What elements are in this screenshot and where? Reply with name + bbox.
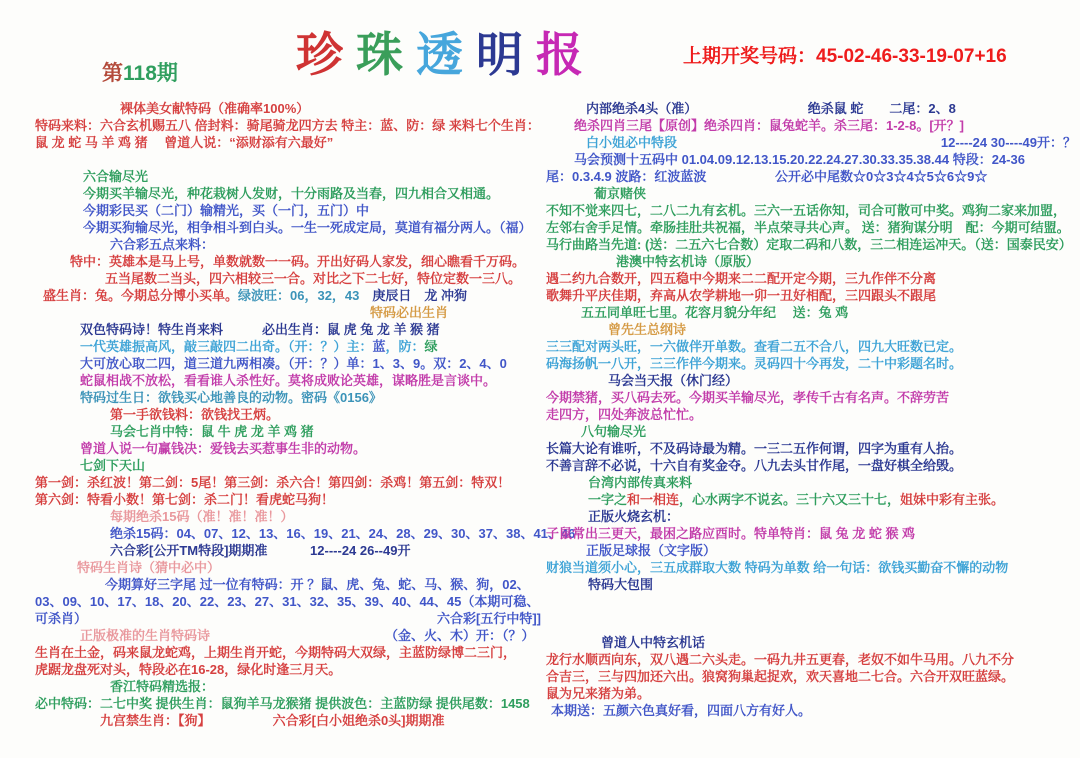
text-line: 虎踞龙盘死对头，特段必在16-28，绿化时逢三月天。: [35, 661, 541, 678]
text-segment: 鼠为兄来猪为弟。: [546, 686, 650, 701]
right-aligned-text: （金、火、木）开：（？）: [385, 627, 541, 644]
report-title: 珍珠透明报: [296, 18, 596, 85]
text-line: 鼠 龙 蛇 马 羊 鸡 猪 曾道人说：“添财添有六最好”: [35, 134, 541, 151]
text-line: 绝杀四肖三尾【原创】绝杀四肖：鼠兔蛇羊。杀三尾：1-2-8。[开？]: [546, 117, 1076, 134]
text-line: 白小姐必中特段12----24 30----49开：？: [546, 134, 1076, 151]
text-segment: 财狼当道须小心，三五成群取大数 特码为单数 给一句话：欲钱买勤奋不懈的动物: [546, 560, 1008, 575]
text-line: 尾：0.3.4.9 波路：红波蓝波 公开必中尾数☆0☆3☆4☆5☆6☆9☆: [546, 168, 1076, 185]
text-segment: 六合彩[公开TM特段]期期准 12----24 26--49开: [110, 543, 410, 558]
text-line: 绝杀15码：04、07、12、13、16、19、21、24、28、29、30、3…: [35, 525, 541, 542]
text-segment: 特码生肖诗（猜中必中）: [77, 560, 220, 575]
title-character: 报: [536, 28, 596, 83]
text-line: 七剑下天山: [35, 457, 541, 474]
text-segment: 今期买羊输尽光，种花栽树人发财，十分雨路及当春，四九相合又相通。: [83, 186, 499, 201]
text-segment: 歌舞升平庆佳期，弃高从农学耕地一卯一丑好相配，三四跟头不跟尾: [546, 288, 936, 303]
text-segment: 港澳中特玄机诗（原版）: [616, 254, 759, 269]
text-segment: 长篇大论有谁听，不及码诗最为精。一三二五作何谓，四字为重有人抬。: [546, 441, 962, 456]
text-segment: 五当尾数二当头，四六相较三一合。对比之下二七好，特位定数一三八。: [105, 271, 521, 286]
text-line: 六合彩[公开TM特段]期期准 12----24 26--49开: [35, 542, 541, 559]
text-segment: 今期禁猪，买八码去死。今期买羊输尽光，孝传千古有名声。不辞劳苦: [546, 390, 949, 405]
text-line: 歌舞升平庆佳期，弃高从农学耕地一卯一丑好相配，三四跟头不跟尾: [546, 287, 1076, 304]
text-line: 遇二约九合数开，四五稳中今期来二二配开定今期，三九作伴不分离: [546, 270, 1076, 287]
text-line: 马行曲路当先道: (送：二五六七合数）定取二码和八数，三二相连运冲天。（送：国泰…: [546, 236, 1076, 253]
title-character: 透: [416, 28, 476, 83]
text-line: 曾道人说一句赢钱决：爱钱去买惹事生非的动物。: [35, 440, 541, 457]
text-segment: 一代英雄振高风，敲三敲四二出奇。（开：？）主：: [80, 339, 373, 354]
text-segment: 正版足球报（文字版）: [586, 543, 716, 558]
text-segment: 可杀肖）: [35, 611, 87, 626]
text-line: 曾先生总纲诗: [546, 321, 1076, 338]
text-segment: 特码过生日：欲钱买心地善良的动物。密码《0156》: [80, 390, 382, 405]
text-segment: ，心水两字不说玄。三十六又三十七，: [679, 492, 900, 507]
text-line: 特中：英雄本是马上号，单数就数一一码。开出好码人家发，细心瞧看千万码。: [35, 253, 541, 270]
text-line: 今期买羊输尽光，种花栽树人发财，十分雨路及当春，四九相合又相通。: [35, 185, 541, 202]
text-line: 马会当天报（休门经）: [546, 372, 1076, 389]
text-segment: 曾道人说一句赢钱决：爱钱去买惹事生非的动物。: [80, 441, 366, 456]
text-segment: 和一相连: [627, 492, 679, 507]
text-segment: 特码来料：六合玄机赐五八 倍封料：骑尾骑龙四方去 特主：蓝、防：绿 来料七个生肖…: [35, 118, 540, 133]
text-segment: 庚辰日 龙 冲狗: [359, 288, 467, 303]
pearl-report-page: 第118期 珍珠透明报 上期开奖号码：45-02-46-33-19-07+16 …: [0, 0, 1080, 758]
text-line: 第一剑：杀红波！第二剑：5尾！第三剑：杀六合！第四剑：杀鸡！第五剑：特双！: [35, 474, 541, 491]
text-line: 特码大包围: [546, 576, 1076, 593]
text-line: 子鼠常出三更天，最困之路应酉时。特单特肖：鼠 兔 龙 蛇 猴 鸡: [546, 525, 1076, 542]
text-segment: 马行曲路当先道: (送：二五六七合数）定取二码和八数，三二相连运冲天。（送：国泰…: [546, 237, 1072, 252]
text-segment: 特中：英雄本是马上号，单数就数一一码。开出好码人家发，细心瞧看千万码。: [70, 254, 525, 269]
text-line: 特码过生日：欲钱买心地善良的动物。密码《0156》: [35, 389, 541, 406]
text-segment: 内部绝杀4头（准） 绝杀鼠 蛇 二尾：2、8: [586, 101, 956, 116]
text-segment: 八句输尽光: [581, 424, 646, 439]
issue-number: 第118期: [102, 57, 178, 87]
text-line: 盛生肖：兔。今期总分博小买单。绿波旺：06，32，43 庚辰日 龙 冲狗: [35, 287, 541, 304]
text-line: 今期禁猪，买八码去死。今期买羊输尽光，孝传千古有名声。不辞劳苦: [546, 389, 1076, 406]
right-aligned-text: 六合彩[五行中特]]: [437, 610, 541, 627]
text-segment: 今期买狗输尽光，相争相斗到白头。一生一死成定局，莫道有福分两人。（福）: [83, 220, 532, 235]
text-line: 一字之和一相连，心水两字不说玄。三十六又三十七，姐妹中彩有主张。: [546, 491, 1076, 508]
text-segment: 六合输尽光: [83, 169, 148, 184]
text-segment: 每期绝杀15码（准！准！准！）: [110, 509, 293, 524]
text-segment: ，防：: [386, 339, 425, 354]
text-line: 五五同单旺七里。花容月貌分年纪 送：兔 鸡: [546, 304, 1076, 321]
text-line: 每期绝杀15码（准！准！准！）: [35, 508, 541, 525]
text-segment: 正版火烧玄机：: [588, 509, 679, 524]
text-segment: 三三配对两头旺，一六做伴开单数。查看二五不合八，四九大旺数已定。: [546, 339, 962, 354]
text-segment: 六合彩[五行中特]]: [437, 611, 541, 626]
text-line: 大可放心取二四，道三道九两相凑。（开：？）单：1、3、9。双：2、4、0: [35, 355, 541, 372]
text-line: 生肖在土金，码来鼠龙蛇鸡，上期生肖开蛇，今期特码大双绿，主蓝防绿博二三门，: [35, 644, 541, 661]
right-column: 内部绝杀4头（准） 绝杀鼠 蛇 二尾：2、8绝杀四肖三尾【原创】绝杀四肖：鼠兔蛇…: [546, 100, 1076, 719]
text-line: 特码来料：六合玄机赐五八 倍封料：骑尾骑龙四方去 特主：蓝、防：绿 来料七个生肖…: [35, 117, 541, 134]
text-segment: 马会七肖中特：鼠 牛 虎 龙 羊 鸡 猪: [110, 424, 314, 439]
text-line: 香江特码精选报：: [35, 678, 541, 695]
text-segment: 今期算好三字尾 过一位有特码：开 ？鼠、虎、兔、蛇、马、猴、狗，02、: [105, 577, 530, 592]
text-segment: 六合彩五点来料：: [110, 237, 214, 252]
text-segment: 马会当天报（休门经）: [608, 373, 738, 388]
text-segment: 遇二约九合数开，四五稳中今期来二二配开定今期，三九作伴不分离: [546, 271, 936, 286]
text-segment: 姐妹中彩有主张。: [900, 492, 1004, 507]
title-character: 珠: [356, 28, 416, 83]
text-segment: 03、09、10、17、18、20、22、23、27、31、32、35、39、4…: [35, 594, 539, 609]
text-segment: 葡京赌侠: [594, 186, 646, 201]
title-character: 明: [476, 28, 536, 83]
text-line: 蛇鼠相战不放松，看看谁人杀性好。莫将成败论英雄，谋略胜是言谈中。: [35, 372, 541, 389]
text-line: 马会预测十五码中 01.04.09.12.13.15.20.22.24.27.3…: [546, 151, 1076, 168]
text-line: 不知不觉来四七，二八二九有玄机。三六一五话你知，司合可散可中奖。鸡狗二家来加盟，: [546, 202, 1076, 219]
text-line: 鼠为兄来猪为弟。: [546, 685, 1076, 702]
text-segment: 大可放心取二四，道三道九两相凑。（开：？）单：1、3、9。双：2、4、0: [80, 356, 507, 371]
text-segment: 特码必出生肖: [370, 305, 448, 320]
text-segment: 虎踞龙盘死对头，特段必在16-28，绿化时逢三月天。: [35, 662, 341, 677]
right-aligned-text: 12----24 30----49开：？: [941, 134, 1076, 151]
text-segment: （金、火、木）开：（？）: [385, 628, 541, 643]
text-line: 特码必出生肖: [35, 304, 541, 321]
text-segment: 裸体美女献特码（准确率100%）: [120, 101, 309, 116]
text-line: 必中特码：二七中奖 提供生肖：鼠狗羊马龙猴猪 提供波色：主蓝防绿 提供尾数：14…: [35, 695, 541, 712]
text-line: 合吉三，三与四加还六出。狼窝狗巢起捉欢，欢天喜地二七合。六合开双旺蓝绿。: [546, 668, 1076, 685]
text-segment: 第六剑：特看小数！第七剑：杀二门！看虎蛇马狗！: [35, 492, 334, 507]
text-line: 今期买狗输尽光，相争相斗到白头。一生一死成定局，莫道有福分两人。（福）: [35, 219, 541, 236]
text-segment: 九宫禁生肖：【狗】 六合彩[白小姐绝杀0头]期期准: [100, 713, 445, 728]
text-segment: 特码大包围: [588, 577, 653, 592]
text-line: 今期算好三字尾 过一位有特码：开 ？鼠、虎、兔、蛇、马、猴、狗，02、: [35, 576, 541, 593]
text-segment: 合吉三，三与四加还六出。狼窝狗巢起捉欢，欢天喜地二七合。六合开双旺蓝绿。: [546, 669, 1014, 684]
text-line: 正版火烧玄机：: [546, 508, 1076, 525]
text-line: 台湾内部传真来料: [546, 474, 1076, 491]
text-segment: 绿: [425, 339, 438, 354]
text-line: 六合输尽光: [35, 168, 541, 185]
text-line: 双色特码诗！特生肖来料 必出生肖：鼠 虎 兔 龙 羊 猴 猪: [35, 321, 541, 338]
text-line: 今期彩民买（二门）输精光，买（一门，五门）中: [35, 202, 541, 219]
text-segment: 蛇鼠相战不放松，看看谁人杀性好。莫将成败论英雄，谋略胜是言谈中。: [80, 373, 496, 388]
text-segment: 尾：0.3.4.9 波路：红波蓝波 公开必中尾数☆0☆3☆4☆5☆6☆9☆: [546, 169, 987, 184]
text-line: 一代英雄振高风，敲三敲四二出奇。（开：？）主：蓝，防：绿: [35, 338, 541, 355]
left-column: 裸体美女献特码（准确率100%）特码来料：六合玄机赐五八 倍封料：骑尾骑龙四方去…: [35, 100, 541, 729]
text-line: 正版足球报（文字版）: [546, 542, 1076, 559]
last-draw-numbers: 上期开奖号码：45-02-46-33-19-07+16: [683, 41, 1007, 68]
text-line: 葡京赌侠: [546, 185, 1076, 202]
text-line: 不善言辞不必说，十六自有奖金夺。八九去头甘作尾，一盘好棋全给毁。: [546, 457, 1076, 474]
text-segment: 鼠 龙 蛇 马 羊 鸡 猪 曾道人说：“添财添有六最好”: [35, 135, 333, 150]
text-line: 财狼当道须小心，三五成群取大数 特码为单数 给一句话：欲钱买勤奋不懈的动物: [546, 559, 1076, 576]
text-segment: 蓝: [373, 339, 386, 354]
text-segment: 118期: [123, 62, 178, 85]
text-segment: 不善言辞不必说，十六自有奖金夺。八九去头甘作尾，一盘好棋全给毁。: [546, 458, 962, 473]
text-segment: 五五同单旺七里。花容月貌分年纪 送：兔 鸡: [581, 305, 848, 320]
text-segment: 12----24 30----49开：？: [941, 135, 1076, 150]
text-line: 裸体美女献特码（准确率100%）: [35, 100, 541, 117]
text-line: 三三配对两头旺，一六做伴开单数。查看二五不合八，四九大旺数已定。: [546, 338, 1076, 355]
text-line: 可杀肖）六合彩[五行中特]]: [35, 610, 541, 627]
text-segment: 曾道人中特玄机话: [601, 635, 705, 650]
text-line: 曾道人中特玄机话: [546, 634, 1076, 651]
text-segment: 马会预测十五码中 01.04.09.12.13.15.20.22.24.27.3…: [574, 152, 1025, 167]
text-line: 走四方，四处奔波总忙忙。: [546, 406, 1076, 423]
text-line: 左邻右舍手足情。牵肠挂肚共祝福，半点荣寻共心声。 送：猪狗谋分明 配：今期可结盟…: [546, 219, 1076, 236]
text-segment: 绝杀四肖三尾【原创】绝杀四肖：鼠兔蛇羊。杀三尾：1-2-8。[开？]: [574, 118, 964, 133]
text-segment: 生肖在土金，码来鼠龙蛇鸡，上期生肖开蛇，今期特码大双绿，主蓝防绿博二三门，: [35, 645, 516, 660]
text-segment: 白小姐必中特段: [586, 135, 677, 150]
text-line: 本期送：五颜六色真好看，四面八方有好人。: [546, 702, 1076, 719]
text-segment: 左邻右舍手足情。牵肠挂肚共祝福，半点荣寻共心声。 送：猪狗谋分明 配：今期可结盟…: [546, 220, 1070, 235]
text-segment: 双色特码诗！特生肖来料 必出生肖：鼠 虎 兔 龙 羊 猴 猪: [80, 322, 440, 337]
text-segment: 绿波旺：06，32，43: [238, 288, 359, 303]
text-segment: 龙行水顺西向东，双八遇二六头走。一码九井五更春，老奴不如牛马用。八九不分: [546, 652, 1014, 667]
text-segment: 正版极准的生肖特码诗: [80, 628, 210, 643]
text-line: 第六剑：特看小数！第七剑：杀二门！看虎蛇马狗！: [35, 491, 541, 508]
text-segment: 台湾内部传真来料: [588, 475, 692, 490]
text-line: 六合彩五点来料：: [35, 236, 541, 253]
text-line: 五当尾数二当头，四六相较三一合。对比之下二七好，特位定数一三八。: [35, 270, 541, 287]
text-line: 八句输尽光: [546, 423, 1076, 440]
text-segment: 第一剑：杀红波！第二剑：5尾！第三剑：杀六合！第四剑：杀鸡！第五剑：特双！: [35, 475, 510, 490]
text-segment: 走四方，四处奔波总忙忙。: [546, 407, 702, 422]
text-segment: 七剑下天山: [80, 458, 145, 473]
text-line: 03、09、10、17、18、20、22、23、27、31、32、35、39、4…: [35, 593, 541, 610]
title-character: 珍: [296, 28, 356, 83]
text-segment: 一字之: [588, 492, 627, 507]
text-line: 九宫禁生肖：【狗】 六合彩[白小姐绝杀0头]期期准: [35, 712, 541, 729]
text-line: 第一手欲钱料：欲钱找王炳。: [35, 406, 541, 423]
text-segment: 今期彩民买（二门）输精光，买（一门，五门）中: [83, 203, 369, 218]
text-segment: 曾先生总纲诗: [608, 322, 686, 337]
text-segment: 必中特码：二七中奖 提供生肖：鼠狗羊马龙猴猪 提供波色：主蓝防绿 提供尾数：14…: [35, 696, 530, 711]
text-line: 内部绝杀4头（准） 绝杀鼠 蛇 二尾：2、8: [546, 100, 1076, 117]
text-segment: 香江特码精选报：: [110, 679, 214, 694]
text-segment: 第: [102, 62, 123, 85]
text-line: 特码生肖诗（猜中必中）: [35, 559, 541, 576]
text-segment: 本期送：五颜六色真好看，四面八方有好人。: [551, 703, 811, 718]
text-line: 港澳中特玄机诗（原版）: [546, 253, 1076, 270]
text-segment: 码海扬帆一八开，三三作伴今期来。灵码四十今再发，二十中彩题名时。: [546, 356, 962, 371]
text-line: 长篇大论有谁听，不及码诗最为精。一三二五作何谓，四字为重有人抬。: [546, 440, 1076, 457]
text-line: 马会七肖中特：鼠 牛 虎 龙 羊 鸡 猪: [35, 423, 541, 440]
text-segment: 绝杀15码：04、07、12、13、16、19、21、24、28、29、30、3…: [110, 526, 575, 541]
text-segment: 盛生肖：兔。今期总分博小买单。: [43, 288, 238, 303]
text-line: 码海扬帆一八开，三三作伴今期来。灵码四十今再发，二十中彩题名时。: [546, 355, 1076, 372]
text-segment: 第一手欲钱料：欲钱找王炳。: [110, 407, 279, 422]
text-line: 正版极准的生肖特码诗（金、火、木）开：（？）: [35, 627, 541, 644]
text-line: 龙行水顺西向东，双八遇二六头走。一码九井五更春，老奴不如牛马用。八九不分: [546, 651, 1076, 668]
text-segment: 子鼠常出三更天，最困之路应酉时。特单特肖：鼠 兔 龙 蛇 猴 鸡: [546, 526, 915, 541]
text-segment: 不知不觉来四七，二八二九有玄机。三六一五话你知，司合可散可中奖。鸡狗二家来加盟，: [546, 203, 1066, 218]
